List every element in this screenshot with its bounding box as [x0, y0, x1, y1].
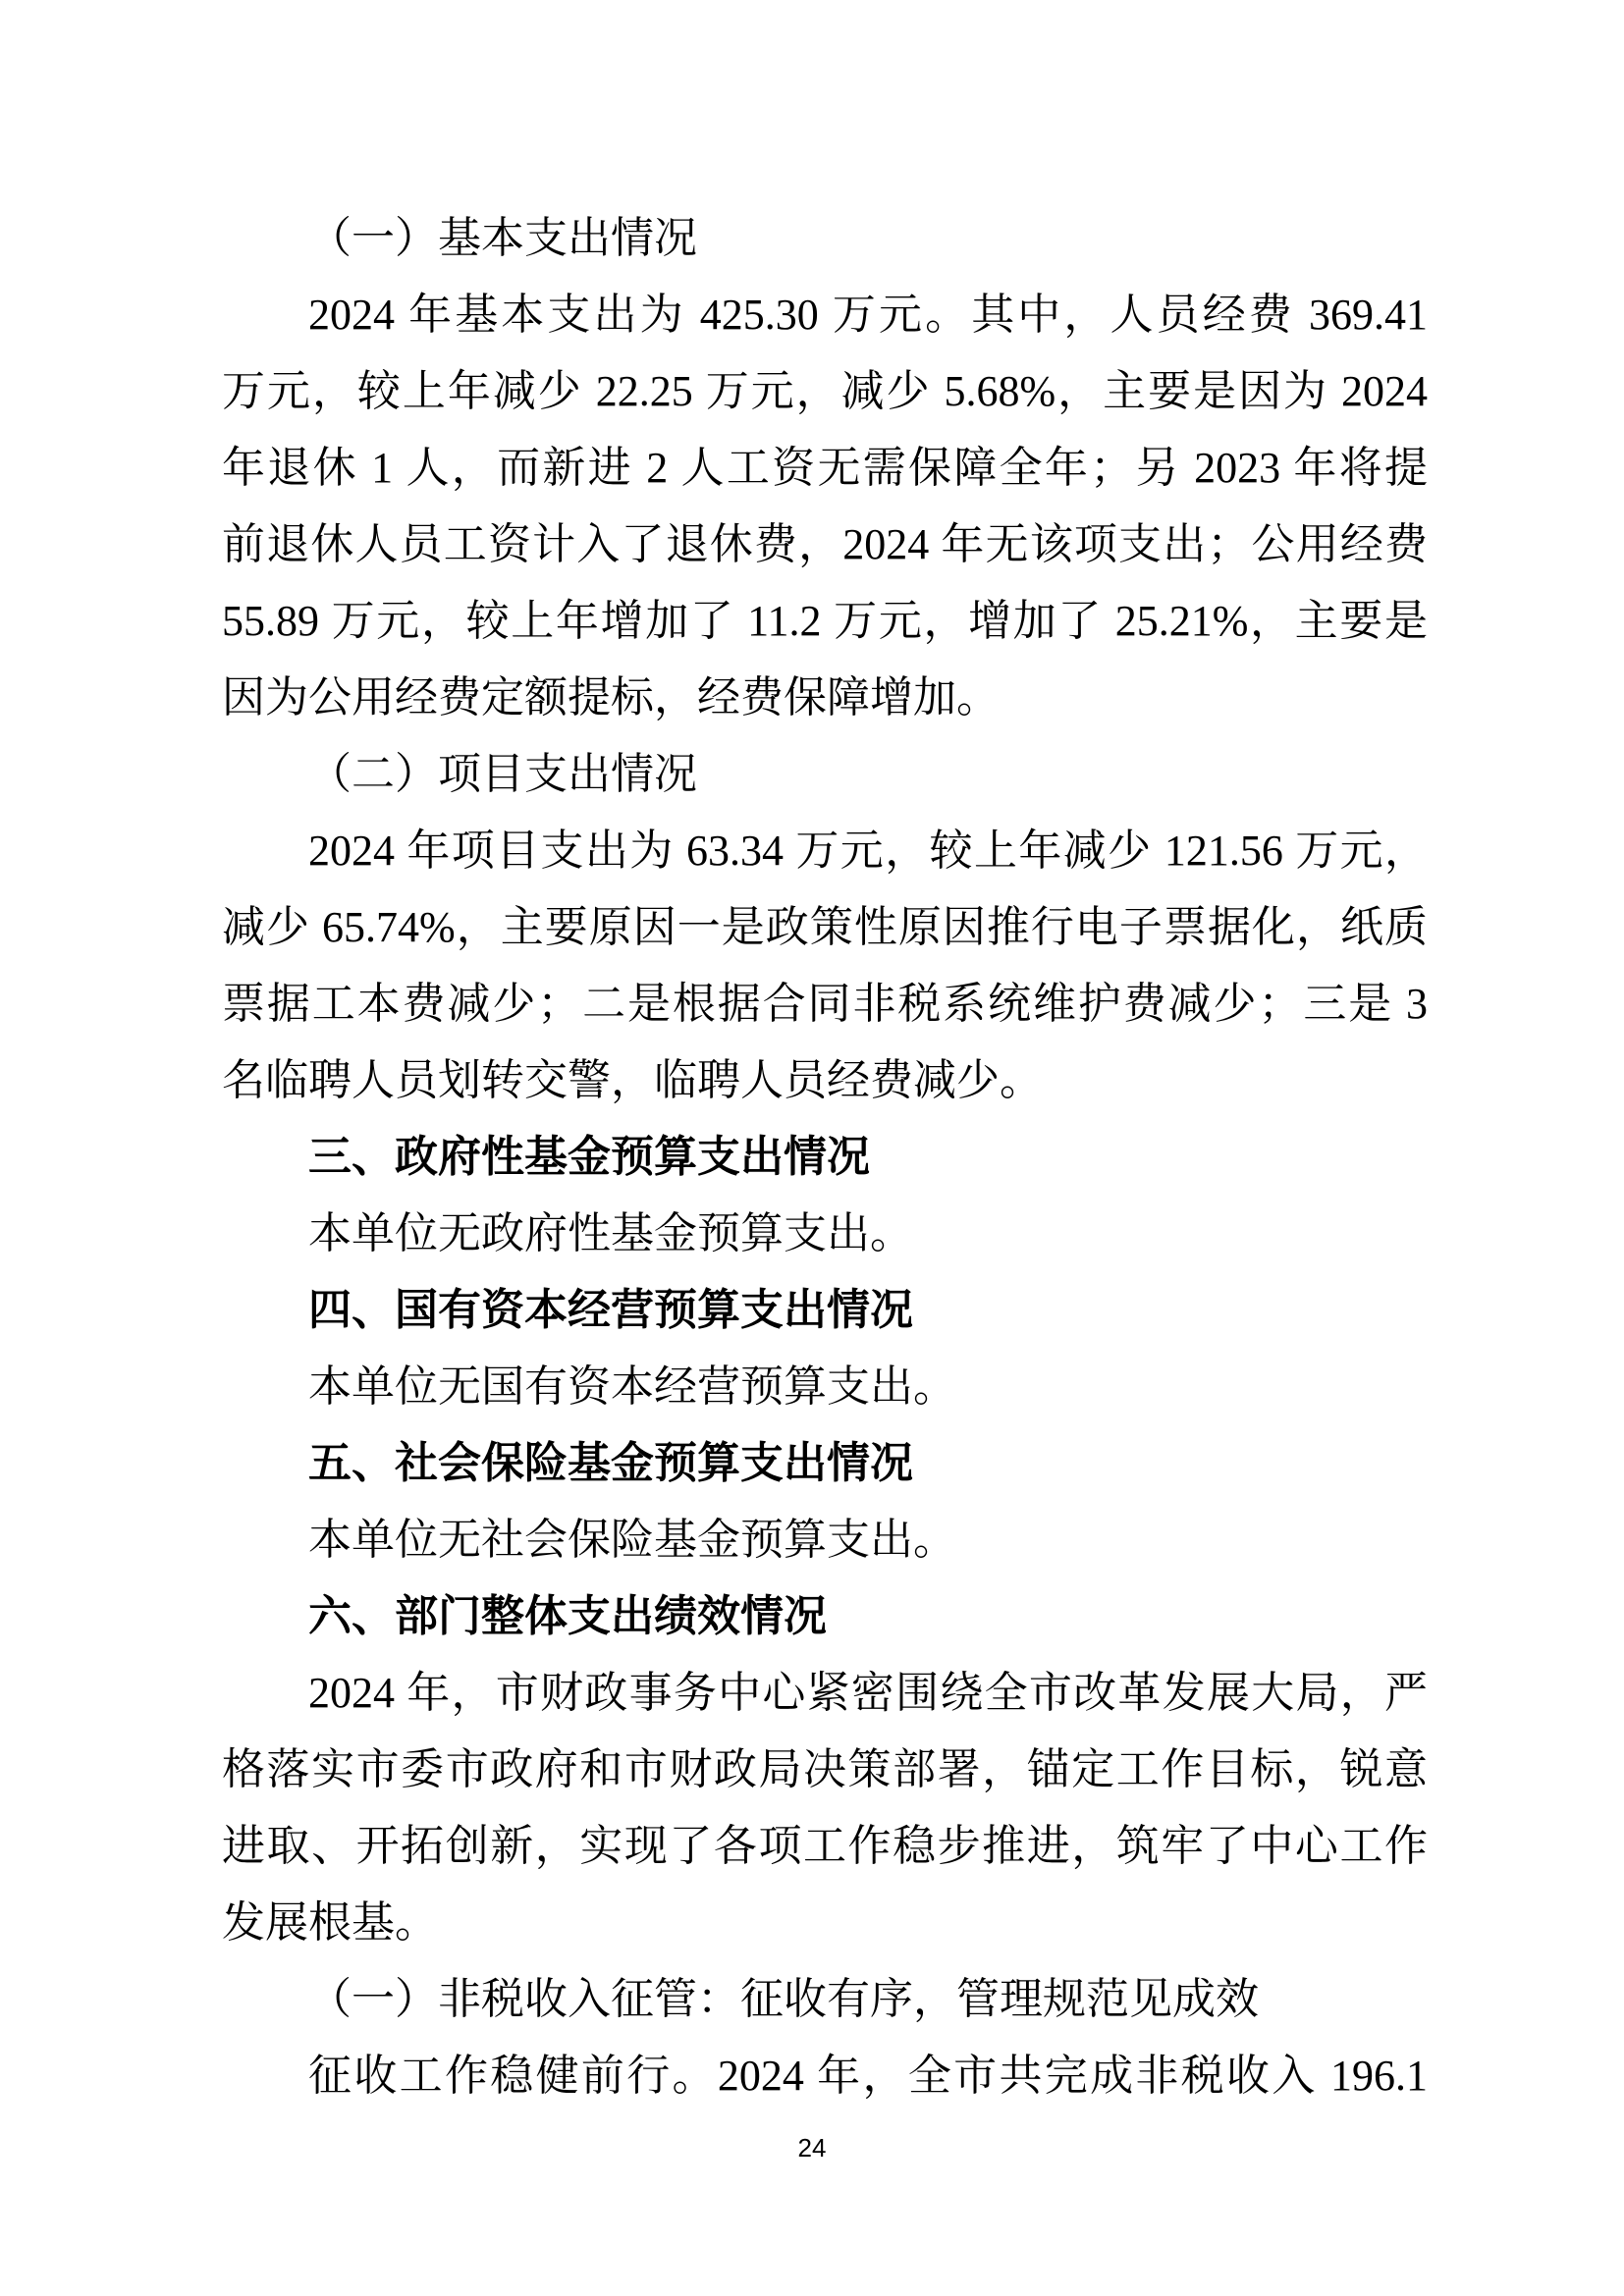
text-line: 票据工本费减少；二是根据合同非税系统维护费减少；三是 3	[222, 966, 1428, 1042]
text-line: 因为公用经费定额提标，经费保障增加。	[222, 660, 1428, 736]
sub-heading: （一）非税收入征管：征收有序，管理规范见成效	[222, 1961, 1428, 2038]
text-line: 名临聘人员划转交警，临聘人员经费减少。	[222, 1042, 1428, 1119]
sub-heading: （二）项目支出情况	[222, 736, 1428, 813]
document-body: （一）基本支出情况2024 年基本支出为 425.30 万元。其中，人员经费 3…	[222, 200, 1428, 2114]
text-line: 55.89 万元，较上年增加了 11.2 万元，增加了 25.21%，主要是	[222, 583, 1428, 660]
text-line: 发展根基。	[222, 1885, 1428, 1961]
text-line: 进取、开拓创新，实现了各项工作稳步推进，筑牢了中心工作	[222, 1808, 1428, 1885]
section-heading: 六、部门整体支出绩效情况	[222, 1578, 1428, 1655]
text-line: 年退休 1 人，而新进 2 人工资无需保障全年；另 2023 年将提	[222, 430, 1428, 507]
text-line: 减少 65.74%，主要原因一是政策性原因推行电子票据化，纸质	[222, 889, 1428, 966]
text-line: 本单位无国有资本经营预算支出。	[222, 1349, 1428, 1425]
text-line: 本单位无社会保险基金预算支出。	[222, 1502, 1428, 1578]
text-line: 前退休人员工资计入了退休费，2024 年无该项支出；公用经费	[222, 507, 1428, 583]
text-line: 本单位无政府性基金预算支出。	[222, 1196, 1428, 1272]
text-line: 2024 年，市财政事务中心紧密围绕全市改革发展大局，严	[222, 1655, 1428, 1732]
text-line: 征收工作稳健前行。2024 年，全市共完成非税收入 196.1	[222, 2038, 1428, 2114]
page-number: 24	[0, 2126, 1624, 2169]
section-heading: 三、政府性基金预算支出情况	[222, 1119, 1428, 1196]
text-line: 格落实市委市政府和市财政局决策部署，锚定工作目标，锐意	[222, 1732, 1428, 1808]
text-line: 2024 年基本支出为 425.30 万元。其中，人员经费 369.41	[222, 277, 1428, 353]
text-line: 2024 年项目支出为 63.34 万元，较上年减少 121.56 万元，	[222, 813, 1428, 889]
sub-heading: （一）基本支出情况	[222, 200, 1428, 277]
section-heading: 五、社会保险基金预算支出情况	[222, 1425, 1428, 1502]
document-page: （一）基本支出情况2024 年基本支出为 425.30 万元。其中，人员经费 3…	[0, 0, 1624, 2296]
text-line: 万元，较上年减少 22.25 万元，减少 5.68%，主要是因为 2024	[222, 353, 1428, 430]
section-heading: 四、国有资本经营预算支出情况	[222, 1272, 1428, 1349]
